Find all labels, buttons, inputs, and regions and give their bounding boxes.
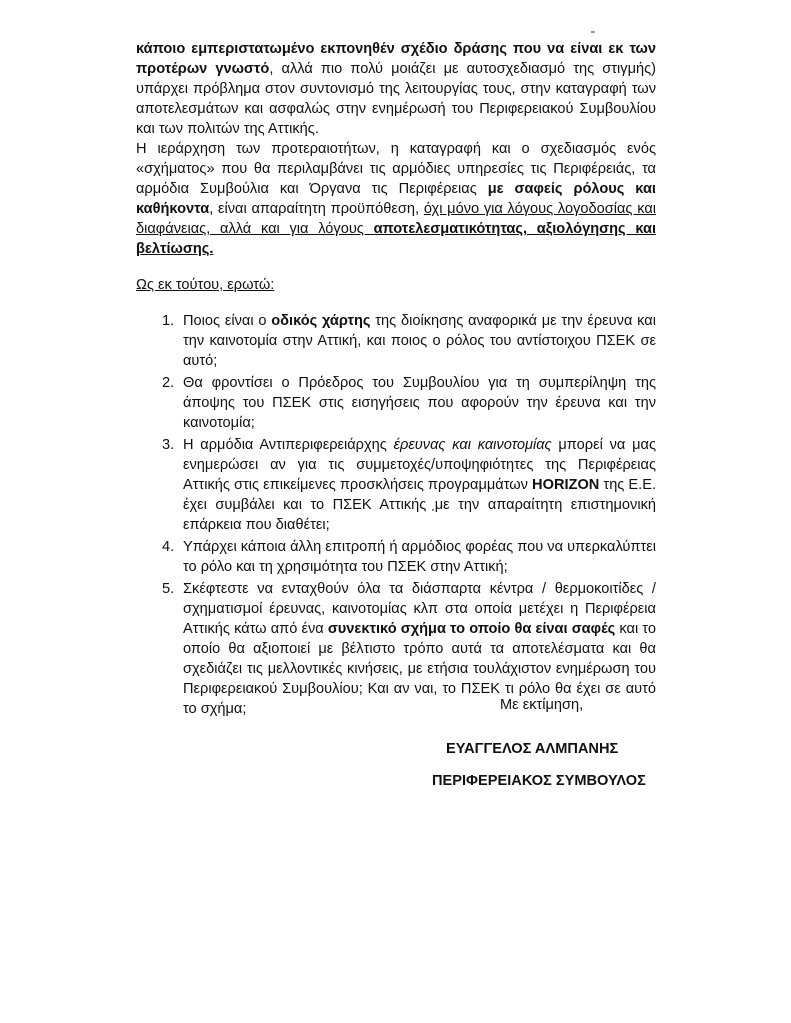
body-text: , είναι απαραίτητη προϋπόθεση,	[209, 201, 424, 217]
closing-salutation: Με εκτίμηση,	[500, 695, 583, 715]
question-item: 2.Θα φροντίσει ο Πρόεδρος του Συμβουλίου…	[136, 373, 656, 433]
body-text: Ποιος είναι ο	[183, 313, 271, 329]
body-text: Θα φροντίσει ο Πρόεδρος του Συμβουλίου γ…	[183, 375, 656, 431]
question-number: 1.	[162, 311, 174, 331]
italic-text: έρευνας και καινοτομίας	[394, 437, 552, 453]
paragraph-action-plan: κάποιο εμπεριστατωμένο εκπονηθέν σχέδιο …	[136, 39, 656, 139]
questions-intro: Ως εκ τούτου, ερωτώ:	[136, 275, 656, 295]
questions-list: 1.Ποιος είναι ο οδικός χάρτης της διοίκη…	[136, 311, 656, 719]
document-page: κάποιο εμπεριστατωμένο εκπονηθέν σχέδιο …	[136, 39, 656, 721]
scan-speck	[591, 31, 595, 33]
body-text: Η αρμόδια Αντιπεριφερειάρχης	[183, 437, 394, 453]
bold-text: συνεκτικό σχήμα το οποίο θα είναι σαφές	[328, 621, 615, 637]
paragraph-prioritization: Η ιεράρχηση των προτεραιοτήτων, η καταγρ…	[136, 139, 656, 259]
question-item: 1.Ποιος είναι ο οδικός χάρτης της διοίκη…	[136, 311, 656, 371]
signatory-title: ΠΕΡΙΦΕΡΕΙΑΚΟΣ ΣΥΜΒΟΥΛΟΣ	[432, 771, 646, 791]
bold-text: οδικός χάρτης	[271, 313, 370, 329]
question-number: 4.	[162, 537, 174, 557]
question-item: 3.Η αρμόδια Αντιπεριφερειάρχης έρευνας κ…	[136, 435, 656, 535]
bold-text: HORIZON	[532, 477, 599, 493]
question-number: 3.	[162, 435, 174, 455]
question-item: 4.Υπάρχει κάποια άλλη επιτροπή ή αρμόδιο…	[136, 537, 656, 577]
signatory-name: ΕΥΑΓΓΕΛΟΣ ΑΛΜΠΑΝΗΣ	[446, 739, 618, 759]
question-number: 2.	[162, 373, 174, 393]
question-number: 5.	[162, 579, 174, 599]
body-text: Υπάρχει κάποια άλλη επιτροπή ή αρμόδιος …	[183, 539, 656, 575]
